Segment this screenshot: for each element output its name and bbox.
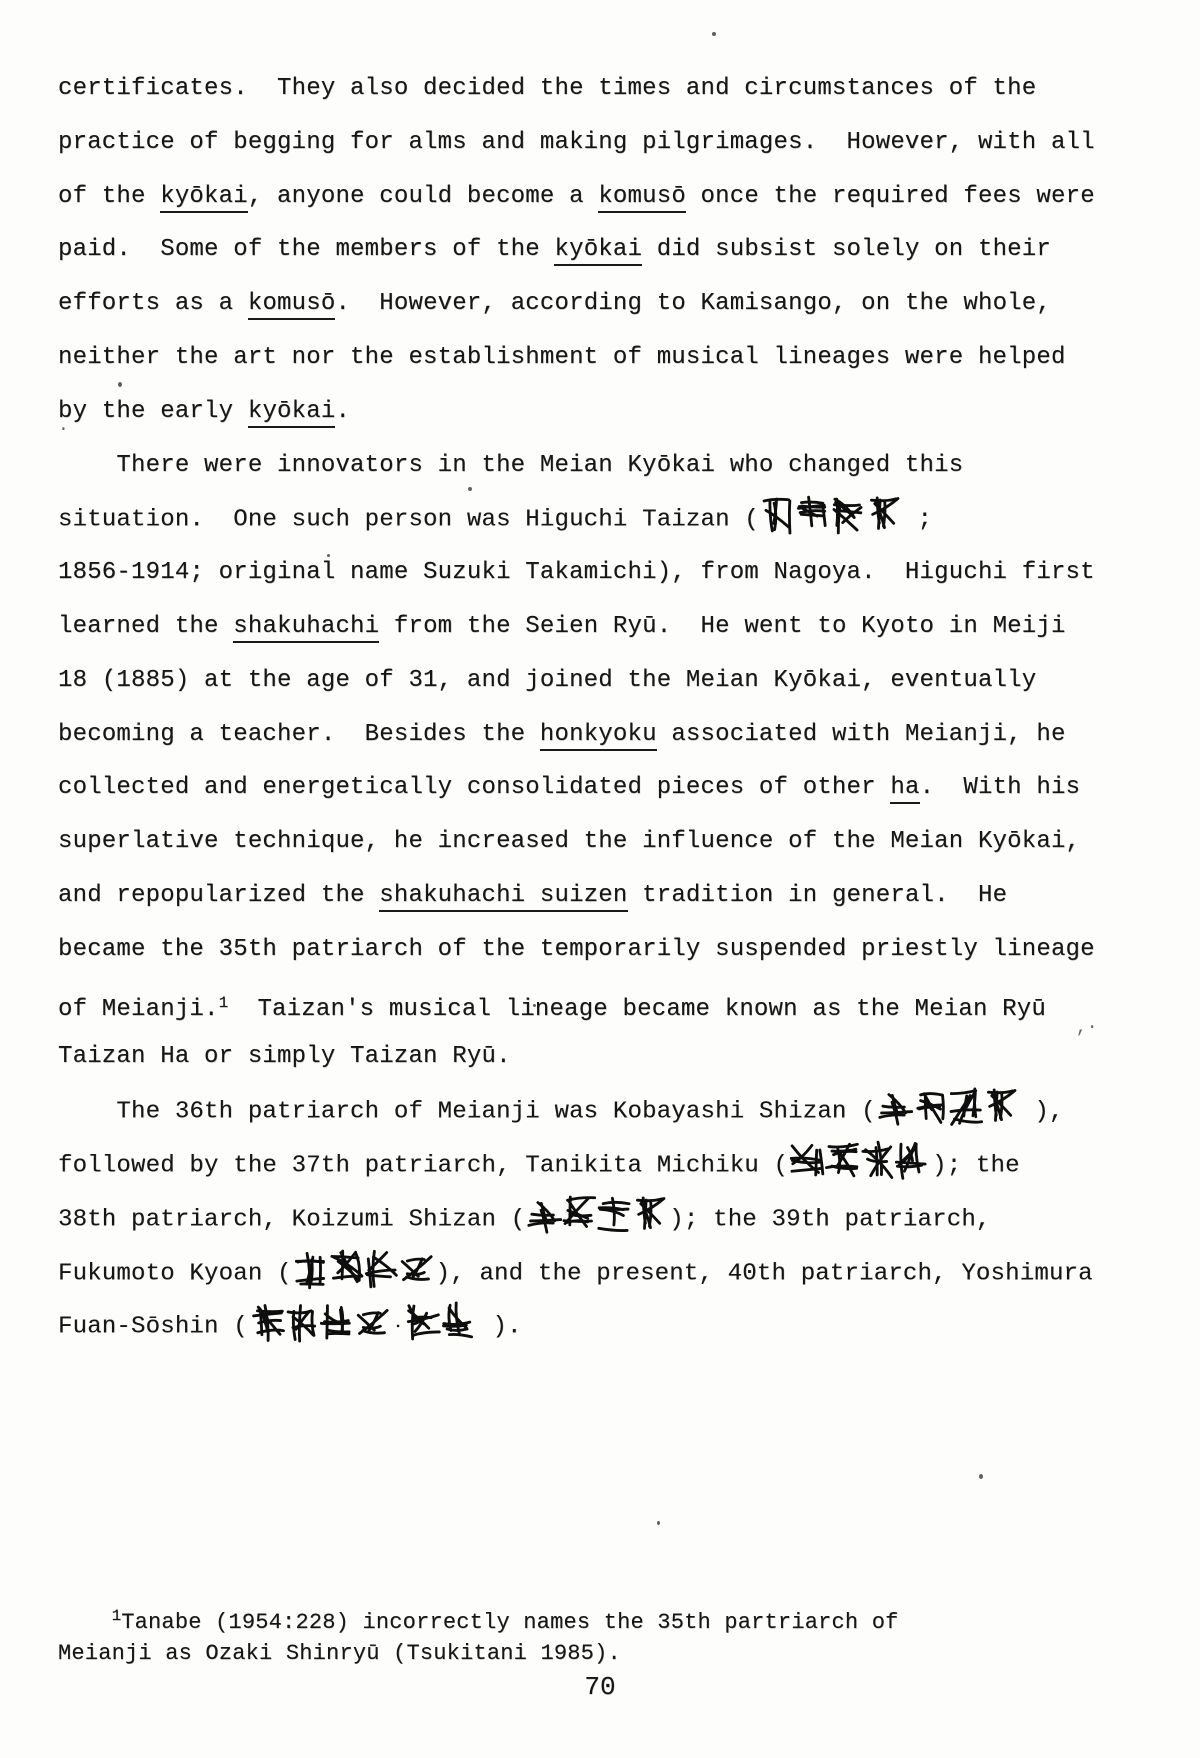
text-run: superlative technique, he increased the … bbox=[58, 828, 1080, 855]
text-run: becoming a teacher. Besides the bbox=[58, 721, 540, 748]
text-run: efforts as a bbox=[58, 290, 248, 317]
scan-speck bbox=[712, 32, 716, 36]
footnote: 1Tanabe (1954:228) incorrectly names the… bbox=[58, 1598, 1118, 1672]
text-run: associated with Meianji, he bbox=[657, 721, 1066, 748]
text-run: once the required fees were bbox=[686, 183, 1095, 210]
text-run: certificates. They also decided the time… bbox=[58, 75, 1036, 102]
scan-mark: · bbox=[58, 420, 69, 440]
text-run: neither the art nor the establishment of… bbox=[58, 344, 1066, 371]
handwritten-kanji bbox=[790, 1134, 931, 1190]
text-line: Fukumoto Kyoan (), and the present, 40th… bbox=[58, 1246, 1168, 1300]
text-run: Taizan Ha or simply Taizan Ryū. bbox=[58, 1043, 511, 1070]
text-run: . bbox=[335, 398, 350, 425]
text-run: ); the 39th patriarch, bbox=[669, 1206, 990, 1233]
text-line: learned the shakuhachi from the Seien Ry… bbox=[58, 600, 1168, 654]
text-run: 18 (1885) at the age of 31, and joined t… bbox=[58, 667, 1036, 694]
text-run: Fukumoto Kyoan ( bbox=[58, 1260, 292, 1287]
text-run: ), bbox=[1020, 1098, 1064, 1125]
text-run: situation. One such person was Higuchi T… bbox=[58, 507, 759, 534]
text-run: ). bbox=[478, 1314, 522, 1341]
text-run: Tanabe (1954:228) incorrectly names the … bbox=[121, 1610, 898, 1635]
text-line: 18 (1885) at the age of 31, and joined t… bbox=[58, 654, 1168, 708]
text-run: from the Seien Ryū. He went to Kyoto in … bbox=[379, 613, 1065, 640]
text-line: practice of begging for alms and making … bbox=[58, 116, 1168, 170]
underlined-term: kyōkai bbox=[160, 183, 248, 213]
text-run: Taizan's musical lineage became known as… bbox=[228, 996, 1046, 1023]
page-number: 70 bbox=[0, 1672, 1200, 1702]
scan-speck bbox=[118, 382, 122, 387]
underlined-term: honkyoku bbox=[540, 721, 657, 751]
body-text: certificates. They also decided the time… bbox=[58, 62, 1168, 1353]
underlined-term: kyōkai bbox=[554, 236, 642, 266]
underlined-term: kyōkai bbox=[248, 398, 336, 428]
text-run: did subsist solely on their bbox=[642, 236, 1051, 263]
text-run: ); the bbox=[932, 1152, 1020, 1179]
text-run: , anyone could become a bbox=[248, 183, 598, 210]
handwritten-kanji bbox=[760, 488, 901, 544]
text-line: certificates. They also decided the time… bbox=[58, 62, 1168, 116]
text-line: collected and energetically consolidated… bbox=[58, 761, 1168, 815]
handwritten-kanji bbox=[249, 1294, 476, 1352]
scan-speck bbox=[533, 1004, 536, 1007]
underlined-term: komusō bbox=[598, 183, 686, 213]
text-line: paid. Some of the members of the kyōkai … bbox=[58, 223, 1168, 277]
text-run: The 36th patriarch of Meianji was Kobaya… bbox=[58, 1098, 876, 1125]
text-line: followed by the 37th patriarch, Tanikita… bbox=[58, 1138, 1168, 1192]
document-page: certificates. They also decided the time… bbox=[0, 0, 1200, 1758]
text-line: 1856-1914; original name Suzuki Takamich… bbox=[58, 546, 1168, 600]
underlined-term: shakuhachi suizen bbox=[379, 882, 627, 912]
text-run: There were innovators in the Meian Kyōka… bbox=[58, 452, 963, 479]
text-run: Fuan-Sōshin ( bbox=[58, 1314, 248, 1341]
text-run: became the 35th patriarch of the tempora… bbox=[58, 936, 1095, 963]
scan-speck bbox=[468, 487, 472, 491]
text-run: ; bbox=[903, 507, 932, 534]
text-line: and repopularized the shakuhachi suizen … bbox=[58, 869, 1168, 923]
text-run bbox=[58, 1610, 112, 1635]
text-line: There were innovators in the Meian Kyōka… bbox=[58, 439, 1168, 493]
text-run: . However, according to Kamisango, on th… bbox=[335, 290, 1051, 317]
text-line: of Meianji.1 Taizan's musical lineage be… bbox=[58, 977, 1168, 1031]
text-line: situation. One such person was Higuchi T… bbox=[58, 492, 1168, 546]
text-line: Taizan Ha or simply Taizan Ryū. bbox=[58, 1030, 1168, 1084]
text-run: collected and energetically consolidated… bbox=[58, 774, 890, 801]
text-run: 38th patriarch, Koizumi Shizan ( bbox=[58, 1206, 525, 1233]
text-run: Meianji as Ozaki Shinryū (Tsukitani 1985… bbox=[58, 1641, 621, 1666]
text-run: by the early bbox=[58, 398, 248, 425]
underlined-term: ha bbox=[890, 774, 919, 804]
text-line: 38th patriarch, Koizumi Shizan (); the 3… bbox=[58, 1192, 1168, 1246]
text-run: of the bbox=[58, 183, 160, 210]
text-run: followed by the 37th patriarch, Tanikita… bbox=[58, 1152, 788, 1179]
text-line: becoming a teacher. Besides the honkyoku… bbox=[58, 708, 1168, 762]
underlined-term: shakuhachi bbox=[233, 613, 379, 643]
text-line: superlative technique, he increased the … bbox=[58, 815, 1168, 869]
text-line: The 36th patriarch of Meianji was Kobaya… bbox=[58, 1084, 1168, 1138]
text-run: tradition in general. He bbox=[628, 882, 1008, 909]
text-run: paid. Some of the members of the bbox=[58, 236, 554, 263]
text-line: 1Tanabe (1954:228) incorrectly names the… bbox=[58, 1598, 1118, 1635]
text-line: of the kyōkai, anyone could become a kom… bbox=[58, 170, 1168, 224]
handwritten-kanji bbox=[293, 1241, 434, 1297]
handwritten-kanji bbox=[527, 1188, 668, 1244]
scan-speck bbox=[979, 1474, 983, 1479]
scan-speck bbox=[657, 1521, 660, 1525]
text-line: Fuan-Sōshin ( ). bbox=[58, 1299, 1168, 1353]
text-line: Meianji as Ozaki Shinryū (Tsukitani 1985… bbox=[58, 1635, 1118, 1672]
text-run: learned the bbox=[58, 613, 233, 640]
text-run: and repopularized the bbox=[58, 882, 379, 909]
text-run: of Meianji. bbox=[58, 996, 219, 1023]
footnote-reference: 1 bbox=[112, 1607, 122, 1625]
text-run: . With his bbox=[920, 774, 1081, 801]
handwritten-kanji bbox=[877, 1080, 1018, 1136]
text-line: became the 35th patriarch of the tempora… bbox=[58, 923, 1168, 977]
footnote-reference: 1 bbox=[219, 994, 229, 1012]
text-run: 1856-1914; original name Suzuki Takamich… bbox=[58, 559, 1095, 586]
text-line: neither the art nor the establishment of… bbox=[58, 331, 1168, 385]
scan-speck bbox=[327, 554, 330, 557]
text-run: practice of begging for alms and making … bbox=[58, 129, 1095, 156]
text-line: efforts as a komusō. However, according … bbox=[58, 277, 1168, 331]
underlined-term: komusō bbox=[248, 290, 336, 320]
scan-mark: ,· bbox=[1076, 1018, 1098, 1038]
text-line: by the early kyōkai. bbox=[58, 385, 1168, 439]
text-run: ), and the present, 40th patriarch, Yosh… bbox=[436, 1260, 1093, 1287]
